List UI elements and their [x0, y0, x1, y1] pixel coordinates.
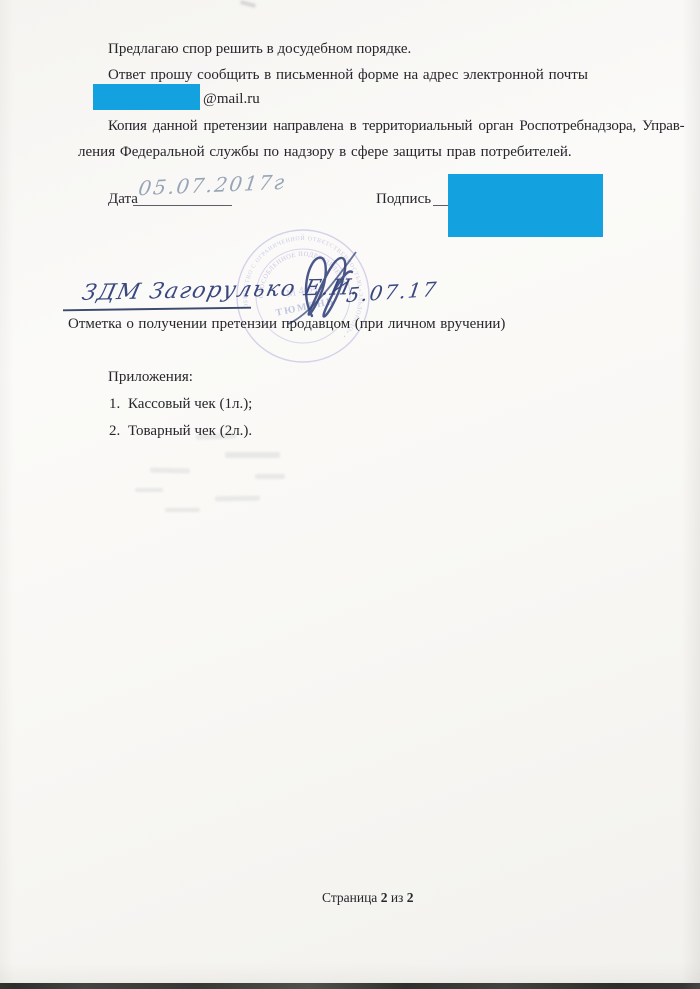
paragraph-line: Ответ прошу сообщить в письменной форме …	[108, 66, 588, 84]
page-number-word: из	[391, 890, 404, 905]
signature-label: Подпись	[376, 190, 431, 208]
signature-underscore	[433, 205, 448, 206]
attachments-heading: Приложения:	[108, 368, 193, 386]
paragraph-line: ления Федеральной службы по надзору в сф…	[78, 143, 572, 161]
page-number-total: 2	[407, 890, 414, 905]
bleed-through-mark	[165, 508, 200, 512]
scanned-document-page: Предлагаю спор решить в досудебном поряд…	[0, 0, 700, 989]
bleed-through-mark	[135, 488, 163, 492]
list-item-number: 2.	[109, 422, 120, 440]
signature-redaction-box	[448, 174, 603, 237]
page-number-current: 2	[381, 890, 388, 905]
bleed-through-mark	[225, 452, 280, 458]
bleed-through-mark	[255, 474, 285, 479]
bleed-through-mark	[215, 496, 260, 502]
email-domain-text: @mail.ru	[203, 90, 260, 108]
date-underline	[133, 205, 232, 206]
bleed-through-mark	[150, 467, 190, 473]
page-number: Страница 2 из 2	[322, 890, 414, 906]
handwritten-date-value: 05.07.2017г	[137, 170, 288, 200]
receipt-caption: Отметка о получении претензии продавцом …	[68, 315, 505, 333]
paragraph-line: Копия данной претензии направлена в терр…	[108, 117, 684, 135]
bleed-through-mark	[240, 0, 256, 8]
handwritten-receipt-date: 5.07.17	[345, 277, 440, 307]
paragraph-line: Предлагаю спор решить в досудебном поряд…	[108, 40, 411, 58]
list-item: Кассовый чек (1л.);	[128, 395, 252, 413]
scan-edge-strip	[0, 983, 700, 989]
list-item-number: 1.	[109, 395, 120, 413]
email-redaction-box	[93, 84, 200, 110]
page-number-word: Страница	[322, 890, 377, 905]
